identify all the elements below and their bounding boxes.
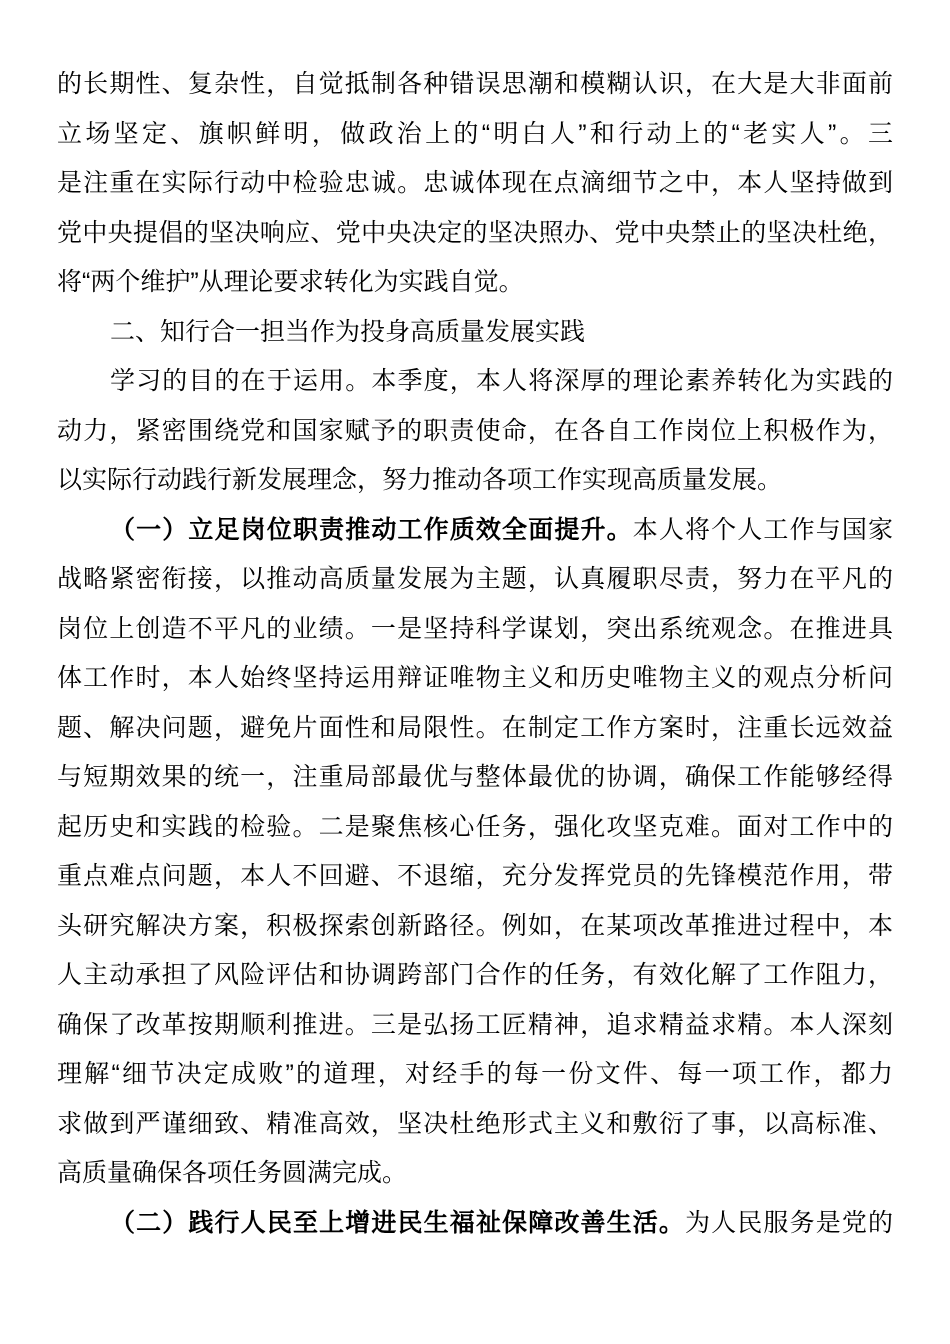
text-line: 高质量确保各项任务圆满完成。 xyxy=(57,1149,893,1199)
text-line: 党中央提倡的坚决响应、党中央决定的坚决照办、党中央禁止的坚决杜绝， xyxy=(57,209,893,259)
text-line: 理解“细节决定成败”的道理，对经手的每一份文件、每一项工作，都力 xyxy=(57,1050,893,1100)
text-line: 与短期效果的统一，注重局部最优与整体最优的协调，确保工作能够经得 xyxy=(57,753,893,803)
text-segment: 头研究解决方案，积极探索创新路径。例如，在某项改革推进过程中，本 xyxy=(57,912,893,940)
text-segment: 起历史和实践的检验。二是聚焦核心任务，强化攻坚克难。面对工作中的 xyxy=(57,813,893,841)
text-line: 二、知行合一担当作为投身高质量发展实践 xyxy=(57,308,893,358)
text-segment: 学习的目的在于运用。本季度，本人将深厚的理论素养转化为实践的 xyxy=(110,367,893,395)
text-segment: 求做到严谨细致、精准高效，坚决杜绝形式主义和敷衍了事，以高标准、 xyxy=(57,1110,893,1138)
text-line: 重点难点问题，本人不回避、不退缩，充分发挥党员的先锋模范作用，带 xyxy=(57,852,893,902)
text-segment: 理解“细节决定成败”的道理，对经手的每一份文件、每一项工作，都力 xyxy=(57,1060,893,1088)
paragraph: （二）践行人民至上增进民生福祉保障改善生活。为人民服务是党的 xyxy=(57,1199,893,1249)
text-line: 将“两个维护”从理论要求转化为实践自觉。 xyxy=(57,258,893,308)
text-line: 确保了改革按期顺利推进。三是弘扬工匠精神，追求精益求精。本人深刻 xyxy=(57,1001,893,1051)
text-segment: 高质量确保各项任务圆满完成。 xyxy=(57,1159,407,1187)
text-segment: 岗位上创造不平凡的业绩。一是坚持科学谋划，突出系统观念。在推进具 xyxy=(57,615,893,643)
text-segment: 与短期效果的统一，注重局部最优与整体最优的协调，确保工作能够经得 xyxy=(57,763,893,791)
text-line: 起历史和实践的检验。二是聚焦核心任务，强化攻坚克难。面对工作中的 xyxy=(57,803,893,853)
paragraph: 学习的目的在于运用。本季度，本人将深厚的理论素养转化为实践的动力，紧密围绕党和国… xyxy=(57,357,893,506)
text-line: （二）践行人民至上增进民生福祉保障改善生活。为人民服务是党的 xyxy=(57,1199,893,1249)
text-segment: 动力，紧密围绕党和国家赋予的职责使命，在各自工作岗位上积极作为， xyxy=(57,417,893,445)
text-line: 体工作时，本人始终坚持运用辩证唯物主义和历史唯物主义的观点分析问 xyxy=(57,654,893,704)
text-segment: 人主动承担了风险评估和协调跨部门合作的任务，有效化解了工作阻力， xyxy=(57,961,893,989)
section-heading: 二、知行合一担当作为投身高质量发展实践 xyxy=(57,308,893,358)
text-segment: 题、解决问题，避免片面性和局限性。在制定工作方案时，注重长远效益 xyxy=(57,714,893,742)
text-line: 人主动承担了风险评估和协调跨部门合作的任务，有效化解了工作阻力， xyxy=(57,951,893,1001)
text-line: 战略紧密衔接，以推动高质量发展为主题，认真履职尽责，努力在平凡的 xyxy=(57,555,893,605)
text-segment: 将“两个维护”从理论要求转化为实践自觉。 xyxy=(57,268,524,296)
text-line: （一）立足岗位职责推动工作质效全面提升。本人将个人工作与国家 xyxy=(57,506,893,556)
text-segment: 是注重在实际行动中检验忠诚。忠诚体现在点滴细节之中，本人坚持做到 xyxy=(57,169,893,197)
text-line: 动力，紧密围绕党和国家赋予的职责使命，在各自工作岗位上积极作为， xyxy=(57,407,893,457)
text-segment: 以实际行动践行新发展理念，努力推动各项工作实现高质量发展。 xyxy=(57,466,782,494)
paragraph: 的长期性、复杂性，自觉抵制各种错误思潮和模糊认识，在大是大非面前立场坚定、旗帜鲜… xyxy=(57,60,893,308)
text-segment: 战略紧密衔接，以推动高质量发展为主题，认真履职尽责，努力在平凡的 xyxy=(57,565,893,593)
paragraph-lead-bold: （一）立足岗位职责推动工作质效全面提升。 xyxy=(110,516,633,544)
paragraph-lead-bold: （二）践行人民至上增进民生福祉保障改善生活。 xyxy=(110,1209,685,1237)
text-segment: 本人将个人工作与国家 xyxy=(633,516,893,544)
paragraph: （一）立足岗位职责推动工作质效全面提升。本人将个人工作与国家战略紧密衔接，以推动… xyxy=(57,506,893,1199)
text-line: 题、解决问题，避免片面性和局限性。在制定工作方案时，注重长远效益 xyxy=(57,704,893,754)
text-segment: 二、知行合一担当作为投身高质量发展实践 xyxy=(110,318,585,346)
text-segment: 确保了改革按期顺利推进。三是弘扬工匠精神，追求精益求精。本人深刻 xyxy=(57,1011,893,1039)
text-line: 学习的目的在于运用。本季度，本人将深厚的理论素养转化为实践的 xyxy=(57,357,893,407)
text-line: 以实际行动践行新发展理念，努力推动各项工作实现高质量发展。 xyxy=(57,456,893,506)
text-segment: 的长期性、复杂性，自觉抵制各种错误思潮和模糊认识，在大是大非面前 xyxy=(57,70,893,98)
text-line: 岗位上创造不平凡的业绩。一是坚持科学谋划，突出系统观念。在推进具 xyxy=(57,605,893,655)
text-segment: 为人民服务是党的 xyxy=(685,1209,893,1237)
text-segment: 体工作时，本人始终坚持运用辩证唯物主义和历史唯物主义的观点分析问 xyxy=(57,664,893,692)
text-line: 头研究解决方案，积极探索创新路径。例如，在某项改革推进过程中，本 xyxy=(57,902,893,952)
text-line: 立场坚定、旗帜鲜明，做政治上的“明白人”和行动上的“老实人”。三 xyxy=(57,110,893,160)
document-content: 的长期性、复杂性，自觉抵制各种错误思潮和模糊认识，在大是大非面前立场坚定、旗帜鲜… xyxy=(57,60,893,1248)
text-segment: 党中央提倡的坚决响应、党中央决定的坚决照办、党中央禁止的坚决杜绝， xyxy=(57,219,893,247)
text-segment: 立场坚定、旗帜鲜明，做政治上的“明白人”和行动上的“老实人”。三 xyxy=(57,120,893,148)
document-page: 的长期性、复杂性，自觉抵制各种错误思潮和模糊认识，在大是大非面前立场坚定、旗帜鲜… xyxy=(0,0,950,1344)
text-line: 是注重在实际行动中检验忠诚。忠诚体现在点滴细节之中，本人坚持做到 xyxy=(57,159,893,209)
text-segment: 重点难点问题，本人不回避、不退缩，充分发挥党员的先锋模范作用，带 xyxy=(57,862,893,890)
text-line: 求做到严谨细致、精准高效，坚决杜绝形式主义和敷衍了事，以高标准、 xyxy=(57,1100,893,1150)
text-line: 的长期性、复杂性，自觉抵制各种错误思潮和模糊认识，在大是大非面前 xyxy=(57,60,893,110)
